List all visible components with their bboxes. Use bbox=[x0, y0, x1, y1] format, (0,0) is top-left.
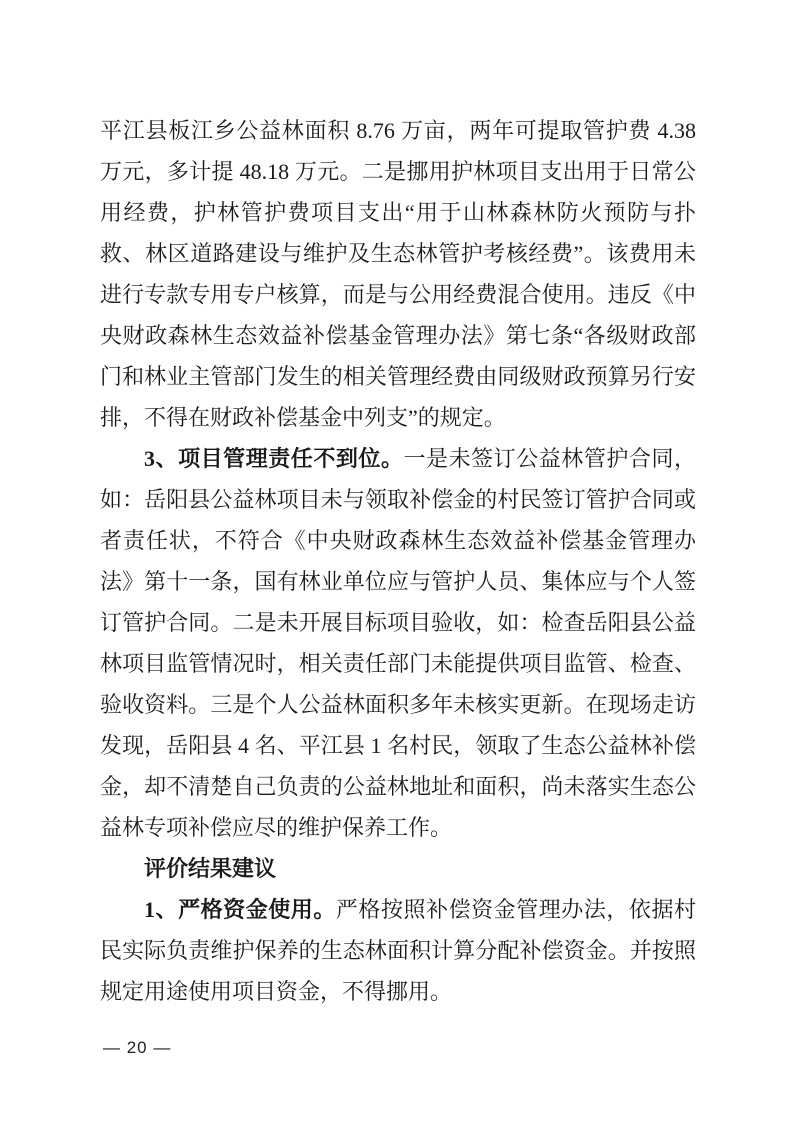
document-body: 平江县板江乡公益林面积 8.76 万亩，两年可提取管护费 4.38 万元，多计提… bbox=[100, 110, 696, 1012]
page-number: — 20 — bbox=[103, 1038, 171, 1057]
paragraph: 1、严格资金使用。严格按照补偿资金管理办法，依据村民实际负责维护保养的生态林面积… bbox=[100, 889, 696, 1012]
bold-text-run: 评价结果建议 bbox=[144, 856, 276, 881]
section-heading: 评价结果建议 bbox=[100, 848, 696, 889]
paragraph: 3、项目管理责任不到位。一是未签订公益林管护合同，如：岳阳县公益林项目未与领取补… bbox=[100, 438, 696, 848]
paragraph: 平江县板江乡公益林面积 8.76 万亩，两年可提取管护费 4.38 万元，多计提… bbox=[100, 110, 696, 438]
bold-text-run: 1、严格资金使用。 bbox=[144, 897, 336, 922]
bold-text-run: 3、项目管理责任不到位。 bbox=[144, 446, 404, 471]
text-run: 平江县板江乡公益林面积 8.76 万亩，两年可提取管护费 4.38 万元，多计提… bbox=[100, 118, 696, 430]
text-run: 一是未签订公益林管护合同，如：岳阳县公益林项目未与领取补偿金的村民签订管护合同或… bbox=[100, 446, 696, 840]
page-footer: — 20 — bbox=[103, 1036, 171, 1060]
document-page: 平江县板江乡公益林面积 8.76 万亩，两年可提取管护费 4.38 万元，多计提… bbox=[0, 0, 793, 1122]
